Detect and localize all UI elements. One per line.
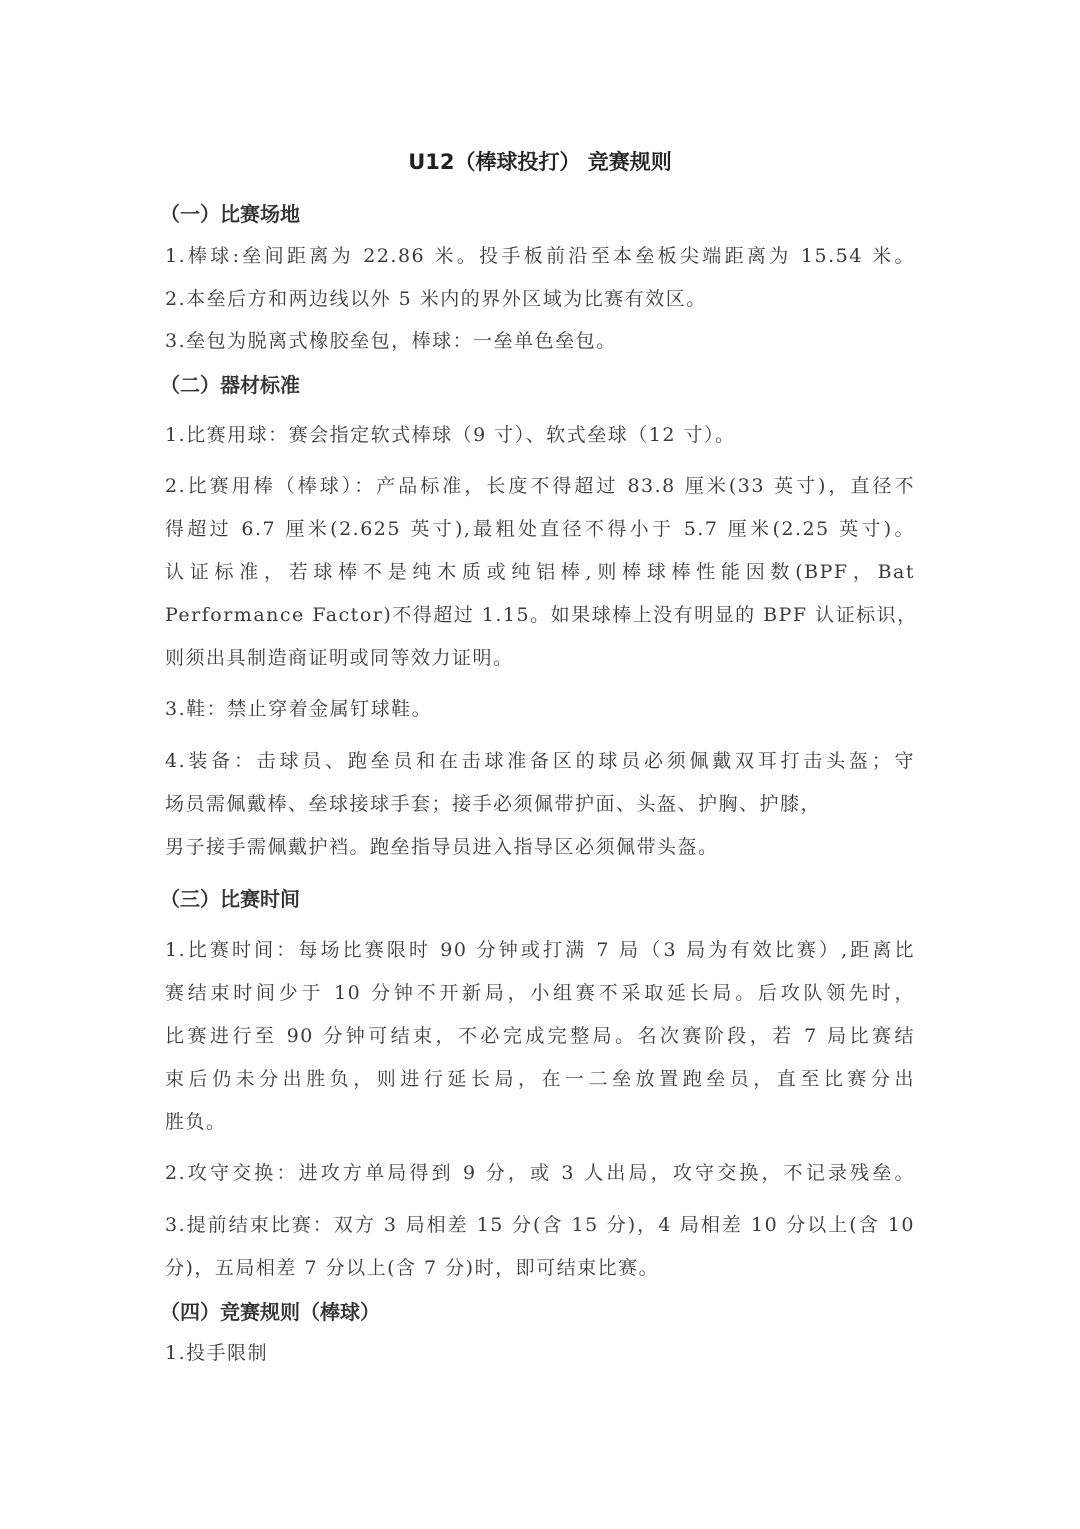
paragraph-line: 认证标准，若球棒不是纯木质或纯铝棒,则棒球棒性能因数(BPF，Bat — [165, 557, 915, 584]
paragraph-line: 1.投手限制 — [165, 1338, 915, 1365]
paragraph-line: Performance Factor)不得超过 1.15。如果球棒上没有明显的 … — [165, 600, 915, 627]
paragraph-line: 2.比赛用棒（棒球）：产品标准，长度不得超过 83.8 厘米(33 英寸)，直径… — [165, 471, 915, 498]
paragraph-line: 1.比赛时间：每场比赛限时 90 分钟或打满 7 局（3 局为有效比赛）,距离比 — [165, 935, 915, 962]
paragraph-line: 得超过 6.7 厘米(2.625 英寸),最粗处直径不得小于 5.7 厘米(2.… — [165, 514, 915, 541]
paragraph-line: 赛结束时间少于 10 分钟不开新局，小组赛不采取延长局。后攻队领先时， — [165, 978, 915, 1005]
paragraph-line: 束后仍未分出胜负，则进行延长局，在一二垒放置跑垒员，直至比赛分出 — [165, 1064, 915, 1091]
paragraph-line: 2.本垒后方和两边线以外 5 米内的界外区域为比赛有效区。 — [165, 284, 915, 311]
paragraph-line: 场员需佩戴棒、垒球接球手套；接手必须佩带护面、头盔、护胸、护膝， — [165, 789, 915, 816]
paragraph-line: 1.棒球:垒间距离为 22.86 米。投手板前沿至本垒板尖端距离为 15.54 … — [165, 241, 915, 268]
section-heading-venue: （一）比赛场地 — [160, 198, 300, 227]
paragraph-line: 4.装备：击球员、跑垒员和在击球准备区的球员必须佩戴双耳打击头盔；守 — [165, 746, 915, 773]
section-heading-game-time: （三）比赛时间 — [160, 883, 300, 912]
section-heading-competition-rules: （四）竞赛规则（棒球） — [160, 1296, 380, 1325]
paragraph-line: 胜负。 — [165, 1107, 915, 1134]
document-page: U12（棒球投打） 竞赛规则 （一）比赛场地 1.棒球:垒间距离为 22.86 … — [0, 0, 1080, 1529]
paragraph-line: 分)，五局相差 7 分以上(含 7 分)时，即可结束比赛。 — [165, 1253, 915, 1280]
paragraph-line: 男子接手需佩戴护裆。跑垒指导员进入指导区必须佩带头盔。 — [165, 832, 915, 859]
paragraph-line: 比赛进行至 90 分钟可结束，不必完成完整局。名次赛阶段，若 7 局比赛结 — [165, 1021, 915, 1048]
paragraph-line: 3.提前结束比赛：双方 3 局相差 15 分(含 15 分)，4 局相差 10 … — [165, 1210, 915, 1237]
paragraph-line: 1.比赛用球：赛会指定软式棒球（9 寸）、软式垒球（12 寸）。 — [165, 420, 915, 447]
paragraph-line: 则须出具制造商证明或同等效力证明。 — [165, 643, 915, 670]
document-title: U12（棒球投打） 竞赛规则 — [0, 146, 1080, 176]
paragraph-line: 3.鞋：禁止穿着金属钉球鞋。 — [165, 694, 915, 721]
paragraph-line: 2.攻守交换：进攻方单局得到 9 分，或 3 人出局，攻守交换，不记录残垒。 — [165, 1158, 915, 1185]
section-heading-equipment: （二）器材标准 — [160, 369, 300, 398]
paragraph-line: 3.垒包为脱离式橡胶垒包，棒球：一垒单色垒包。 — [165, 326, 915, 353]
